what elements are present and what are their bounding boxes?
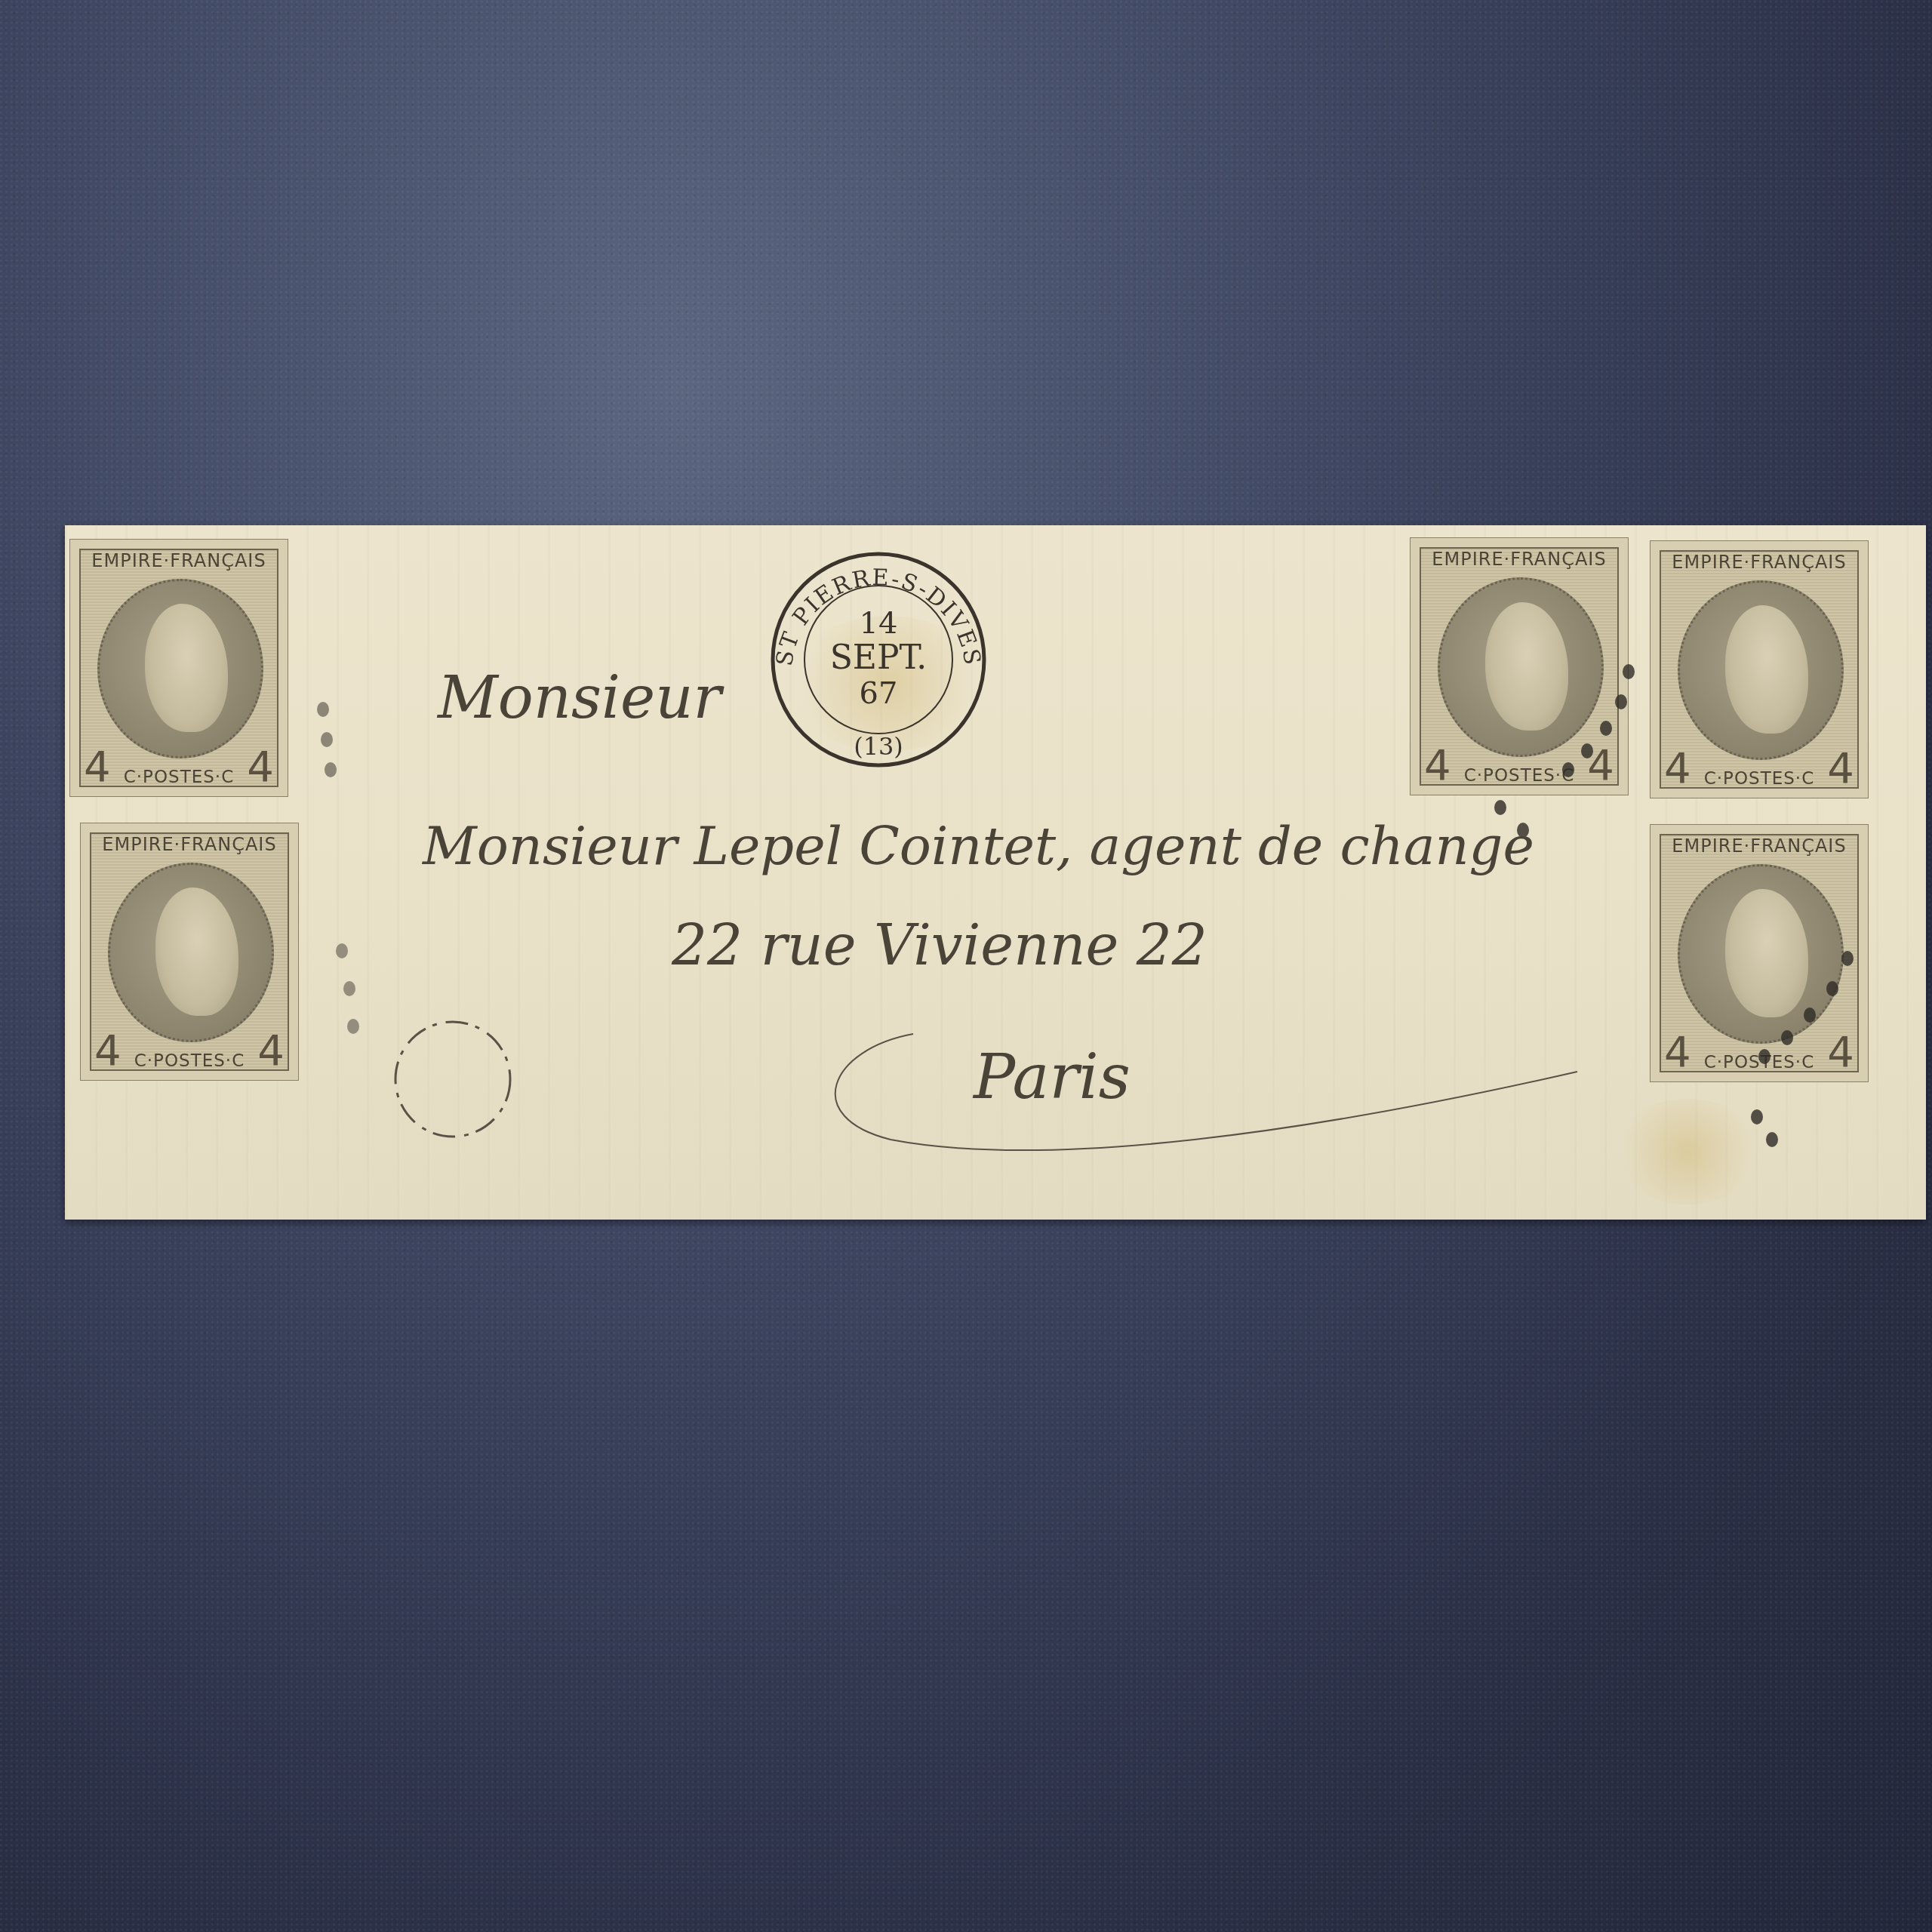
stamp-value: 4 — [1827, 1028, 1854, 1077]
napoleon-portrait — [1678, 864, 1844, 1044]
napoleon-portrait — [108, 863, 274, 1042]
stamp-top-text: EMPIRE·FRANÇAIS — [70, 550, 288, 571]
stamp-value: 4 — [1827, 744, 1854, 793]
circular-date-stamp: ST PIERRE-S-DIVES 14 SEPT. 67 (13) — [765, 546, 992, 773]
stamp-top-text: EMPIRE·FRANÇAIS — [1651, 552, 1868, 573]
faint-handstamp — [391, 1017, 515, 1141]
stamp-value: 4 — [247, 743, 274, 792]
stamp-top-text: EMPIRE·FRANÇAIS — [81, 834, 298, 855]
stamp-right-bottom: EMPIRE·FRANÇAIS 4 C·POSTES·C 4 — [1650, 824, 1869, 1082]
stamp-left-top: EMPIRE·FRANÇAIS 4 C·POSTES·C 4 — [69, 539, 288, 797]
postmark-day: 14 — [860, 606, 898, 641]
address-street: 22 rue Vivienne 22 — [672, 913, 1207, 978]
stamp-right-top-right: EMPIRE·FRANÇAIS 4 C·POSTES·C 4 — [1650, 540, 1869, 798]
napoleon-portrait — [1438, 577, 1604, 757]
address-salutation: Monsieur — [438, 664, 721, 732]
stamp-right-top-left: EMPIRE·FRANÇAIS 4 C·POSTES·C 4 — [1410, 537, 1629, 795]
postmark-month: SEPT. — [830, 638, 928, 677]
napoleon-portrait — [97, 579, 263, 758]
stamp-left-bottom: EMPIRE·FRANÇAIS 4 C·POSTES·C 4 — [80, 823, 299, 1081]
postmark-department: (13) — [854, 732, 903, 761]
postmark-year: 67 — [860, 676, 898, 711]
napoleon-portrait — [1678, 580, 1844, 760]
stamp-top-text: EMPIRE·FRANÇAIS — [1411, 549, 1628, 570]
address-recipient: Monsieur Lepel Cointet, agent de change — [423, 815, 1534, 877]
stamp-top-text: EMPIRE·FRANÇAIS — [1651, 835, 1868, 857]
flourish-underline — [785, 1026, 1615, 1177]
stamp-value: 4 — [257, 1026, 285, 1075]
foxing-stain — [1612, 1099, 1763, 1204]
